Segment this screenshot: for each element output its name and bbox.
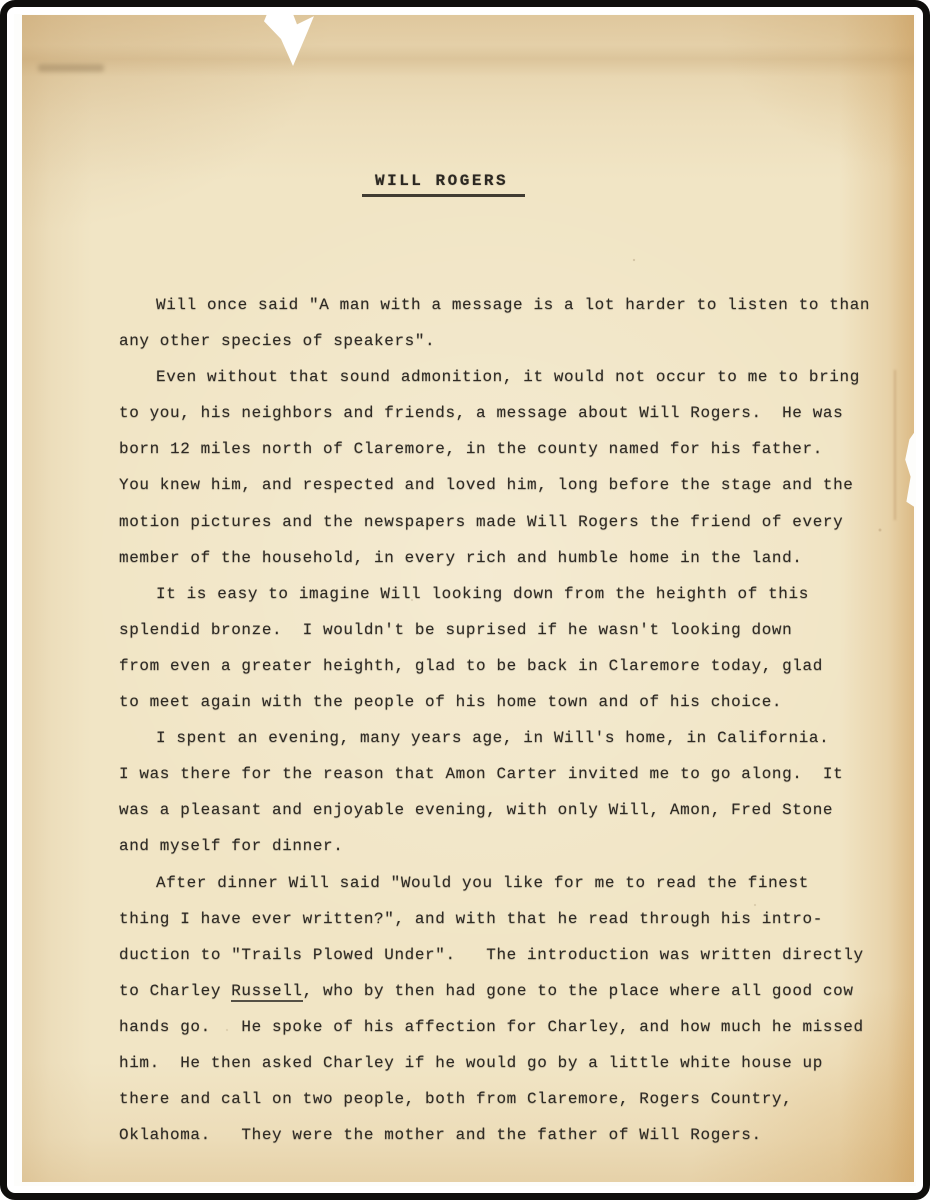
typed-line: member of the household, in every rich a… bbox=[119, 540, 909, 576]
typed-line: to Charley Russell, who by then had gone… bbox=[119, 973, 909, 1009]
typed-line: him. He then asked Charley if he would g… bbox=[119, 1045, 909, 1081]
typed-line: splendid bronze. I wouldn't be suprised … bbox=[119, 612, 909, 648]
smudge-mark bbox=[38, 64, 104, 72]
typed-line: and myself for dinner. bbox=[119, 828, 909, 864]
typed-line: from even a greater heighth, glad to be … bbox=[119, 648, 909, 684]
typed-line: I spent an evening, many years age, in W… bbox=[119, 720, 909, 756]
scan-backing: WILL ROGERS Will once said "A man with a… bbox=[14, 14, 916, 1186]
typed-line: was a pleasant and enjoyable evening, wi… bbox=[119, 792, 909, 828]
typed-line: After dinner Will said "Would you like f… bbox=[119, 865, 909, 901]
typed-line: thing I have ever written?", and with th… bbox=[119, 901, 909, 937]
typed-line: to you, his neighbors and friends, a mes… bbox=[119, 395, 909, 431]
typed-line: Even without that sound admonition, it w… bbox=[119, 359, 909, 395]
typed-line: I was there for the reason that Amon Car… bbox=[119, 756, 909, 792]
typed-line: there and call on two people, both from … bbox=[119, 1081, 909, 1117]
typed-line: Will once said "A man with a message is … bbox=[119, 287, 909, 323]
typed-line: It is easy to imagine Will looking down … bbox=[119, 576, 909, 612]
text-segment: to Charley bbox=[119, 982, 231, 1000]
paper-page: WILL ROGERS Will once said "A man with a… bbox=[22, 15, 914, 1182]
typed-line: duction to "Trails Plowed Under". The in… bbox=[119, 937, 909, 973]
typed-line: Oklahoma. They were the mother and the f… bbox=[119, 1117, 909, 1153]
typed-line: any other species of speakers". bbox=[119, 323, 909, 359]
typed-line: motion pictures and the newspapers made … bbox=[119, 504, 909, 540]
page-title: WILL ROGERS bbox=[362, 172, 525, 197]
typed-line: born 12 miles north of Claremore, in the… bbox=[119, 431, 909, 467]
typed-line: You knew him, and respected and loved hi… bbox=[119, 467, 909, 503]
typed-line: to meet again with the people of his hom… bbox=[119, 684, 909, 720]
typed-text: Will once said "A man with a message is … bbox=[119, 287, 909, 1153]
scanned-document-frame: WILL ROGERS Will once said "A man with a… bbox=[0, 0, 930, 1200]
text-segment: , who by then had gone to the place wher… bbox=[303, 982, 854, 1000]
typed-line: hands go. He spoke of his affection for … bbox=[119, 1009, 909, 1045]
underlined-word: Russell bbox=[231, 982, 302, 1002]
